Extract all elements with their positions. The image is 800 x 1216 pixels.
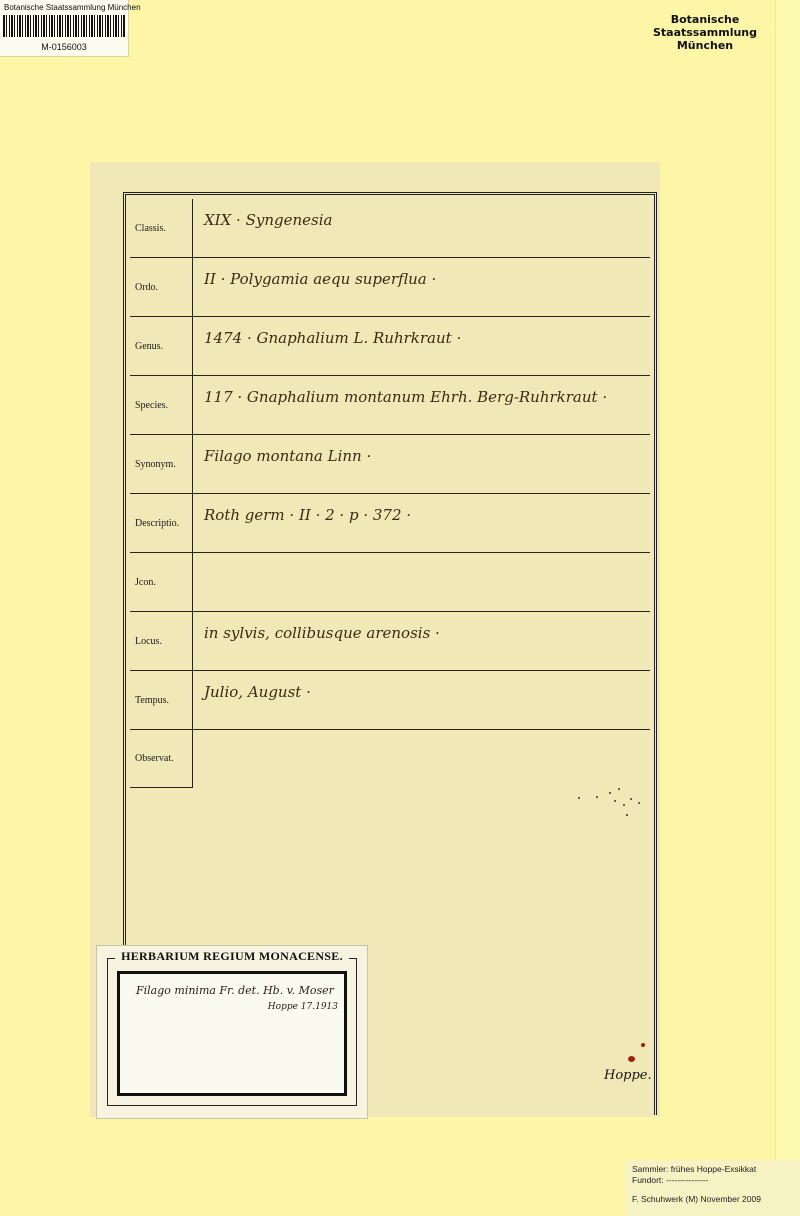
- herbarium-label: HERBARIUM REGIUM MONACENSE. Filago minim…: [96, 945, 368, 1119]
- background-strip: [775, 0, 800, 1216]
- row-label: Ordo.: [130, 258, 193, 316]
- barcode-icon: [3, 15, 125, 37]
- row-label: Observat.: [130, 730, 193, 788]
- row-descriptio: Descriptio. Roth germ · II · 2 · p · 372…: [130, 494, 650, 553]
- barcode-institution: Botanische Staatssammlung München: [4, 3, 141, 12]
- row-label: Classis.: [130, 199, 193, 257]
- row-label: Species.: [130, 376, 193, 434]
- institution-stamp: Botanische Staatssammlung München: [650, 13, 760, 52]
- row-tempus: Tempus. Julio, August ·: [130, 671, 650, 730]
- row-label: Tempus.: [130, 671, 193, 729]
- row-locus: Locus. in sylvis, collibusque arenosis ·: [130, 612, 650, 671]
- collector-signature: Hoppe.: [604, 1068, 652, 1083]
- institution-line-2: Staatssammlung: [650, 26, 760, 39]
- locality-line: Fundort: ---------------: [632, 1175, 708, 1185]
- row-value: 117 · Gnaphalium montanum Ehrh. Berg-Ruh…: [204, 388, 642, 406]
- ink-stain: [641, 1043, 645, 1047]
- accession-number: M-0156003: [0, 42, 128, 52]
- barcode-label: Botanische Staatssammlung München M-0156…: [0, 0, 129, 57]
- herbarium-label-title: HERBARIUM REGIUM MONACENSE.: [115, 949, 349, 963]
- row-value: II · Polygamia aequ superflua ·: [204, 270, 642, 288]
- institution-line-1: Botanische: [650, 13, 760, 26]
- row-synonym: Synonym. Filago montana Linn ·: [130, 435, 650, 494]
- row-icon: Jcon.: [130, 553, 650, 612]
- row-ordo: Ordo. II · Polygamia aequ superflua ·: [130, 258, 650, 317]
- row-label: Descriptio.: [130, 494, 193, 552]
- row-label: Genus.: [130, 317, 193, 375]
- determination-annotation: Hoppe 17.1913: [268, 1002, 338, 1012]
- row-observat: Observat.: [130, 730, 650, 788]
- determination-slip: Sammler: frühes Hoppe-Exsikkat Fundort: …: [626, 1160, 800, 1216]
- row-label: Synonym.: [130, 435, 193, 493]
- institution-line-3: München: [650, 39, 760, 52]
- row-value: Julio, August ·: [204, 683, 642, 701]
- revision-line: F. Schuhwerk (M) November 2009: [632, 1194, 761, 1204]
- row-label: Jcon.: [130, 553, 193, 611]
- row-species: Species. 117 · Gnaphalium montanum Ehrh.…: [130, 376, 650, 435]
- row-value: XIX · Syngenesia: [204, 211, 642, 229]
- ink-stain: [628, 1056, 635, 1062]
- row-value: Roth germ · II · 2 · p · 372 ·: [204, 506, 642, 524]
- row-classis: Classis. XIX · Syngenesia: [130, 199, 650, 258]
- row-value: Filago montana Linn ·: [204, 447, 642, 465]
- collector-line: Sammler: frühes Hoppe-Exsikkat: [632, 1164, 756, 1174]
- row-genus: Genus. 1474 · Gnaphalium L. Ruhrkraut ·: [130, 317, 650, 376]
- herbarium-label-title-wrap: HERBARIUM REGIUM MONACENSE.: [97, 949, 367, 964]
- row-value: 1474 · Gnaphalium L. Ruhrkraut ·: [204, 329, 642, 347]
- label-inner-box: Filago minima Fr. det. Hb. v. Moser Hopp…: [117, 971, 347, 1096]
- row-label: Locus.: [130, 612, 193, 670]
- row-value: in sylvis, collibusque arenosis ·: [204, 624, 642, 642]
- form-rows: Classis. XIX · Syngenesia Ordo. II · Pol…: [130, 199, 650, 788]
- determination-text: Filago minima Fr. det. Hb. v. Moser: [136, 984, 334, 997]
